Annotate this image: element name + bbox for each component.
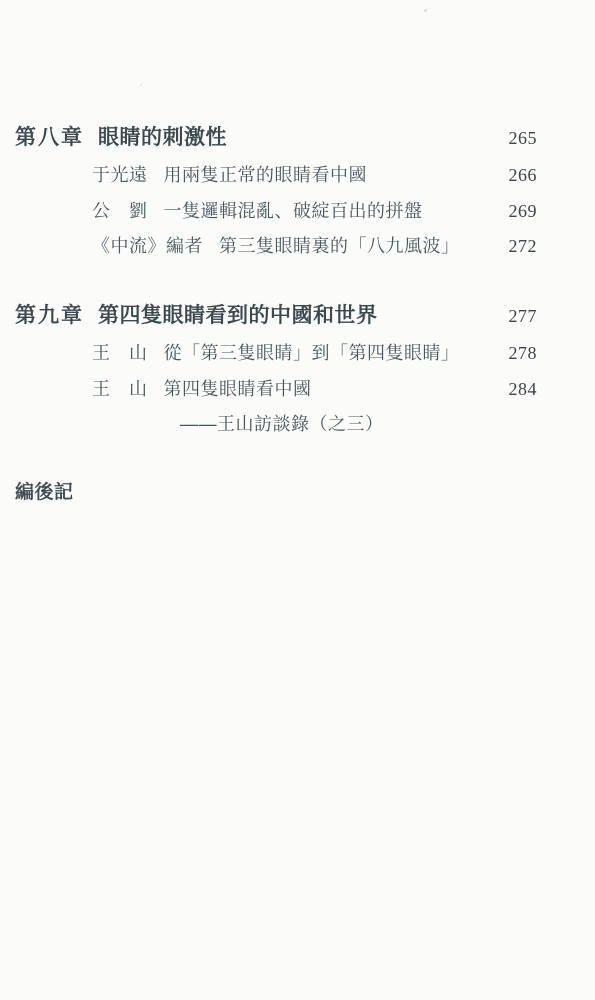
chapter-title: 第四隻眼睛看到的中國和世界 <box>98 304 495 328</box>
entry-title: 用兩隻正常的眼睛看中國 <box>164 164 496 186</box>
page-number: 277 <box>495 304 537 328</box>
toc-entry-row: 《中流》編者 第三隻眼睛裏的「八九風波」 272 <box>15 235 537 257</box>
chapter-number: 第八章 <box>15 126 98 150</box>
page-number: 265 <box>495 126 537 150</box>
page-number: 284 <box>495 378 537 400</box>
toc-entry-row: 公 劉 一隻邏輯混亂、破綻百出的拼盤 269 <box>15 200 537 222</box>
entry-author: 王 山 <box>92 378 148 400</box>
page-number: 269 <box>495 200 537 222</box>
chapter-title: 眼睛的刺激性 <box>98 126 495 150</box>
toc-page: 第八章 眼睛的刺激性 265 于光遠 用兩隻正常的眼睛看中國 266 公 劉 一… <box>0 0 595 1000</box>
entry-note: ——王山訪談錄（之三） <box>180 413 384 435</box>
page-number: 272 <box>495 235 537 257</box>
afterword-title: 編後記 <box>15 482 74 504</box>
toc-entry-row: 王 山 從「第三隻眼睛」到「第四隻眼睛」 278 <box>15 342 537 364</box>
entry-author: 于光遠 <box>92 164 148 186</box>
page-number: 278 <box>495 342 537 364</box>
entry-author: 公 劉 <box>92 200 148 222</box>
entry-author: 《中流》編者 <box>92 235 203 257</box>
toc-afterword-row: 編後記 <box>15 482 537 504</box>
scan-speck <box>424 9 427 12</box>
entry-author: 王 山 <box>92 342 148 364</box>
entry-title: 從「第三隻眼睛」到「第四隻眼睛」 <box>164 342 496 364</box>
chapter-number: 第九章 <box>15 304 98 328</box>
toc-chapter-row: 第九章 第四隻眼睛看到的中國和世界 277 <box>15 304 537 328</box>
toc-entry-row: 于光遠 用兩隻正常的眼睛看中國 266 <box>15 164 537 186</box>
toc-entry-note-row: ——王山訪談錄（之三） <box>15 413 537 435</box>
toc-entry-row: 王 山 第四隻眼睛看中國 284 <box>15 378 537 400</box>
page-number: 266 <box>495 164 537 186</box>
scan-speck <box>140 84 142 86</box>
toc-chapter-row: 第八章 眼睛的刺激性 265 <box>15 126 537 150</box>
entry-title: 一隻邏輯混亂、破綻百出的拼盤 <box>164 200 496 222</box>
entry-title: 第三隻眼睛裏的「八九風波」 <box>219 235 495 257</box>
entry-title: 第四隻眼睛看中國 <box>164 378 496 400</box>
